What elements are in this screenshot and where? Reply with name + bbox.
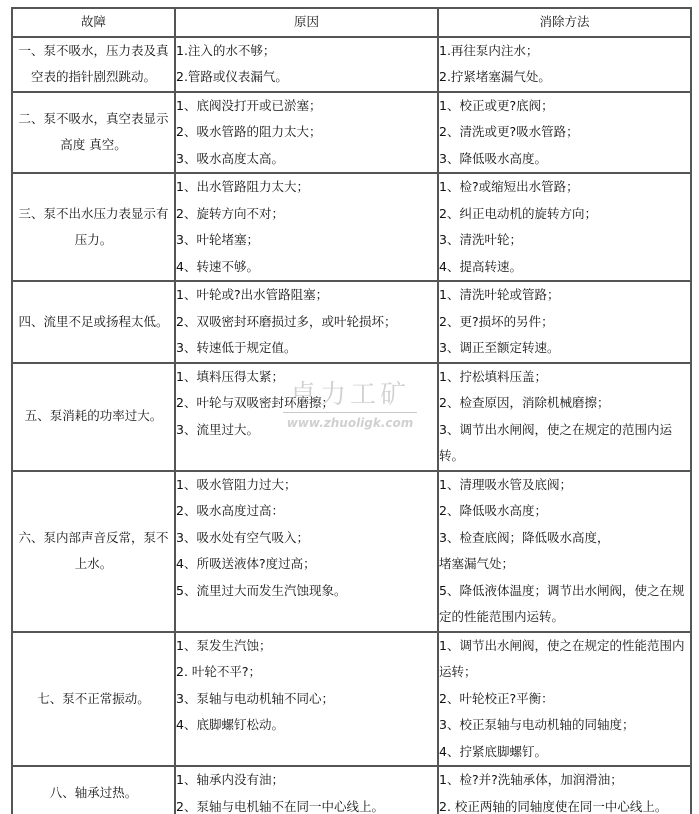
remedy-item: 1、清洗叶轮或管路；	[439, 282, 690, 309]
remedy-item: 3、调正至额定转速。	[439, 335, 690, 362]
remedy-item: 2.拧紧堵塞漏气处。	[439, 64, 690, 91]
remedy-item: 1、拧松填料压盖；	[439, 364, 690, 391]
remedy-item: 3、检查底阀；降低吸水高度，	[439, 525, 690, 552]
remedy-item: 3、清洗叶轮；	[439, 227, 690, 254]
cause-item: 1、底阀没打开或已淤塞；	[176, 93, 437, 120]
fault-cell: 一、泵不吸水，压力表及真空表的指针剧烈跳动。	[12, 37, 175, 92]
table-row: 二、泵不吸水，真空表显示高度 真空。 1、底阀没打开或已淤塞； 2、吸水管路的阻…	[12, 92, 691, 174]
cause-item: 3、流里过大。	[176, 417, 437, 444]
remedy-item: 3、降低吸水高度。	[439, 146, 690, 173]
fault-cell: 八、轴承过热。	[12, 766, 175, 814]
cause-item: 3、泵轴与电动机轴不同心；	[176, 686, 437, 713]
table-row: 五、泵消耗的功率过大。 1、填料压得太紧； 2、叶轮与双吸密封环磨擦； 3、流里…	[12, 363, 691, 471]
cause-cell: 1、出水管路阻力太大； 2、旋转方向不对； 3、叶轮堵塞； 4、转速不够。	[175, 173, 438, 281]
cause-item: 2、双吸密封环磨损过多，或叶轮损坏；	[176, 309, 437, 336]
remedy-item: 4、拧紧底脚螺钉。	[439, 739, 690, 766]
header-cause: 原因	[175, 8, 438, 37]
header-fault: 故障	[12, 8, 175, 37]
remedy-item: 2、降低吸水高度；	[439, 498, 690, 525]
remedy-cell: 1.再往泵内注水； 2.拧紧堵塞漏气处。	[438, 37, 691, 92]
cause-item: 2、泵轴与电机轴不在同一中心线上。	[176, 794, 437, 814]
cause-item: 1、叶轮或?出水管路阻塞；	[176, 282, 437, 309]
remedy-item: 1、校正或更?底阀；	[439, 93, 690, 120]
fault-cell: 三、泵不出水压力表显示有压力。	[12, 173, 175, 281]
cause-item: 4、所吸送液体?度过高；	[176, 551, 437, 578]
remedy-cell: 1、校正或更?底阀； 2、清洗或更?吸水管路； 3、降低吸水高度。	[438, 92, 691, 174]
remedy-cell: 1、检?或缩短出水管路； 2、纠正电动机的旋转方向； 3、清洗叶轮； 4、提高转…	[438, 173, 691, 281]
cause-cell: 1、轴承内没有油； 2、泵轴与电机轴不在同一中心线上。	[175, 766, 438, 814]
remedy-item: 4、提高转速。	[439, 254, 690, 281]
header-row: 故障 原因 消除方法	[12, 8, 691, 37]
cause-item: 2、吸水管路的阻力太大；	[176, 119, 437, 146]
cause-item: 1、泵发生汽蚀；	[176, 633, 437, 660]
cause-item: 2. 叶轮不平?；	[176, 659, 437, 686]
cause-item: 3、叶轮堵塞；	[176, 227, 437, 254]
pump-fault-table: 故障 原因 消除方法 一、泵不吸水，压力表及真空表的指针剧烈跳动。 1.注入的水…	[11, 7, 692, 814]
fault-cell: 六、泵内部声音反常，泵不上水。	[12, 471, 175, 632]
cause-item: 5、流里过大而发生汽蚀现象。	[176, 578, 437, 605]
remedy-item: 1、调节出水闸阀，使之在规定的性能范围内运转；	[439, 633, 690, 686]
cause-cell: 1、叶轮或?出水管路阻塞； 2、双吸密封环磨损过多，或叶轮损坏； 3、转速低于规…	[175, 281, 438, 363]
remedy-cell: 1、清理吸水管及底阀； 2、降低吸水高度； 3、检查底阀；降低吸水高度， 堵塞漏…	[438, 471, 691, 632]
cause-item: 3、吸水高度太高。	[176, 146, 437, 173]
remedy-item: 1、清理吸水管及底阀；	[439, 472, 690, 499]
cause-item: 1、出水管路阻力太大；	[176, 174, 437, 201]
remedy-cell: 1、拧松填料压盖； 2、检查原因，消除机械磨擦； 3、调节出水闸阀，使之在规定的…	[438, 363, 691, 471]
remedy-item: 2、更?损坏的另件；	[439, 309, 690, 336]
fault-cell: 五、泵消耗的功率过大。	[12, 363, 175, 471]
cause-item: 1、吸水管阻力过大；	[176, 472, 437, 499]
fault-cell: 二、泵不吸水，真空表显示高度 真空。	[12, 92, 175, 174]
remedy-item: 2、清洗或更?吸水管路；	[439, 119, 690, 146]
cause-cell: 1、泵发生汽蚀； 2. 叶轮不平?； 3、泵轴与电动机轴不同心； 4、底脚螺钉松…	[175, 632, 438, 767]
cause-item: 2、吸水高度过高：	[176, 498, 437, 525]
cause-cell: 1、填料压得太紧； 2、叶轮与双吸密封环磨擦； 3、流里过大。	[175, 363, 438, 471]
fault-cell: 七、泵不正常振动。	[12, 632, 175, 767]
cause-cell: 1、吸水管阻力过大； 2、吸水高度过高： 3、吸水处有空气吸入； 4、所吸送液体…	[175, 471, 438, 632]
cause-item: 4、转速不够。	[176, 254, 437, 281]
remedy-item: 1.再往泵内注水；	[439, 38, 690, 65]
table-row: 八、轴承过热。 1、轴承内没有油； 2、泵轴与电机轴不在同一中心线上。 1、检?…	[12, 766, 691, 814]
remedy-cell: 1、调节出水闸阀，使之在规定的性能范围内运转； 2、叶轮校正?平衡： 3、校正泵…	[438, 632, 691, 767]
cause-item: 3、吸水处有空气吸入；	[176, 525, 437, 552]
remedy-item: 2. 校正两轴的同轴度使在同一中心线上。	[439, 794, 690, 814]
cause-cell: 1.注入的水不够； 2.管路或仪表漏气。	[175, 37, 438, 92]
remedy-item: 3、调节出水闸阀，使之在规定的范围内运转。	[439, 417, 690, 470]
remedy-item: 2、检查原因，消除机械磨擦；	[439, 390, 690, 417]
fault-cell: 四、流里不足或扬程太低。	[12, 281, 175, 363]
remedy-cell: 1、清洗叶轮或管路； 2、更?损坏的另件； 3、调正至额定转速。	[438, 281, 691, 363]
table-row: 一、泵不吸水，压力表及真空表的指针剧烈跳动。 1.注入的水不够； 2.管路或仪表…	[12, 37, 691, 92]
cause-item: 2、叶轮与双吸密封环磨擦；	[176, 390, 437, 417]
remedy-item: 3、校正泵轴与电动机轴的同轴度；	[439, 712, 690, 739]
remedy-cell: 1、检?并?洗轴承体，加润滑油； 2. 校正两轴的同轴度使在同一中心线上。	[438, 766, 691, 814]
header-remedy: 消除方法	[438, 8, 691, 37]
cause-item: 1、轴承内没有油；	[176, 767, 437, 794]
remedy-item: 1、检?或缩短出水管路；	[439, 174, 690, 201]
remedy-item: 2、叶轮校正?平衡：	[439, 686, 690, 713]
table-row: 七、泵不正常振动。 1、泵发生汽蚀； 2. 叶轮不平?； 3、泵轴与电动机轴不同…	[12, 632, 691, 767]
remedy-item: 堵塞漏气处；	[439, 551, 690, 578]
table-row: 六、泵内部声音反常，泵不上水。 1、吸水管阻力过大； 2、吸水高度过高： 3、吸…	[12, 471, 691, 632]
cause-item: 1、填料压得太紧；	[176, 364, 437, 391]
remedy-item: 2、纠正电动机的旋转方向；	[439, 201, 690, 228]
cause-item: 4、底脚螺钉松动。	[176, 712, 437, 739]
remedy-item: 5、降低液体温度；调节出水闸阀，使之在规定的性能范围内运转。	[439, 578, 690, 631]
cause-item: 2、旋转方向不对；	[176, 201, 437, 228]
cause-cell: 1、底阀没打开或已淤塞； 2、吸水管路的阻力太大； 3、吸水高度太高。	[175, 92, 438, 174]
table-row: 三、泵不出水压力表显示有压力。 1、出水管路阻力太大； 2、旋转方向不对； 3、…	[12, 173, 691, 281]
remedy-item: 1、检?并?洗轴承体，加润滑油；	[439, 767, 690, 794]
cause-item: 3、转速低于规定值。	[176, 335, 437, 362]
cause-item: 1.注入的水不够；	[176, 38, 437, 65]
table-row: 四、流里不足或扬程太低。 1、叶轮或?出水管路阻塞； 2、双吸密封环磨损过多，或…	[12, 281, 691, 363]
cause-item: 2.管路或仪表漏气。	[176, 64, 437, 91]
